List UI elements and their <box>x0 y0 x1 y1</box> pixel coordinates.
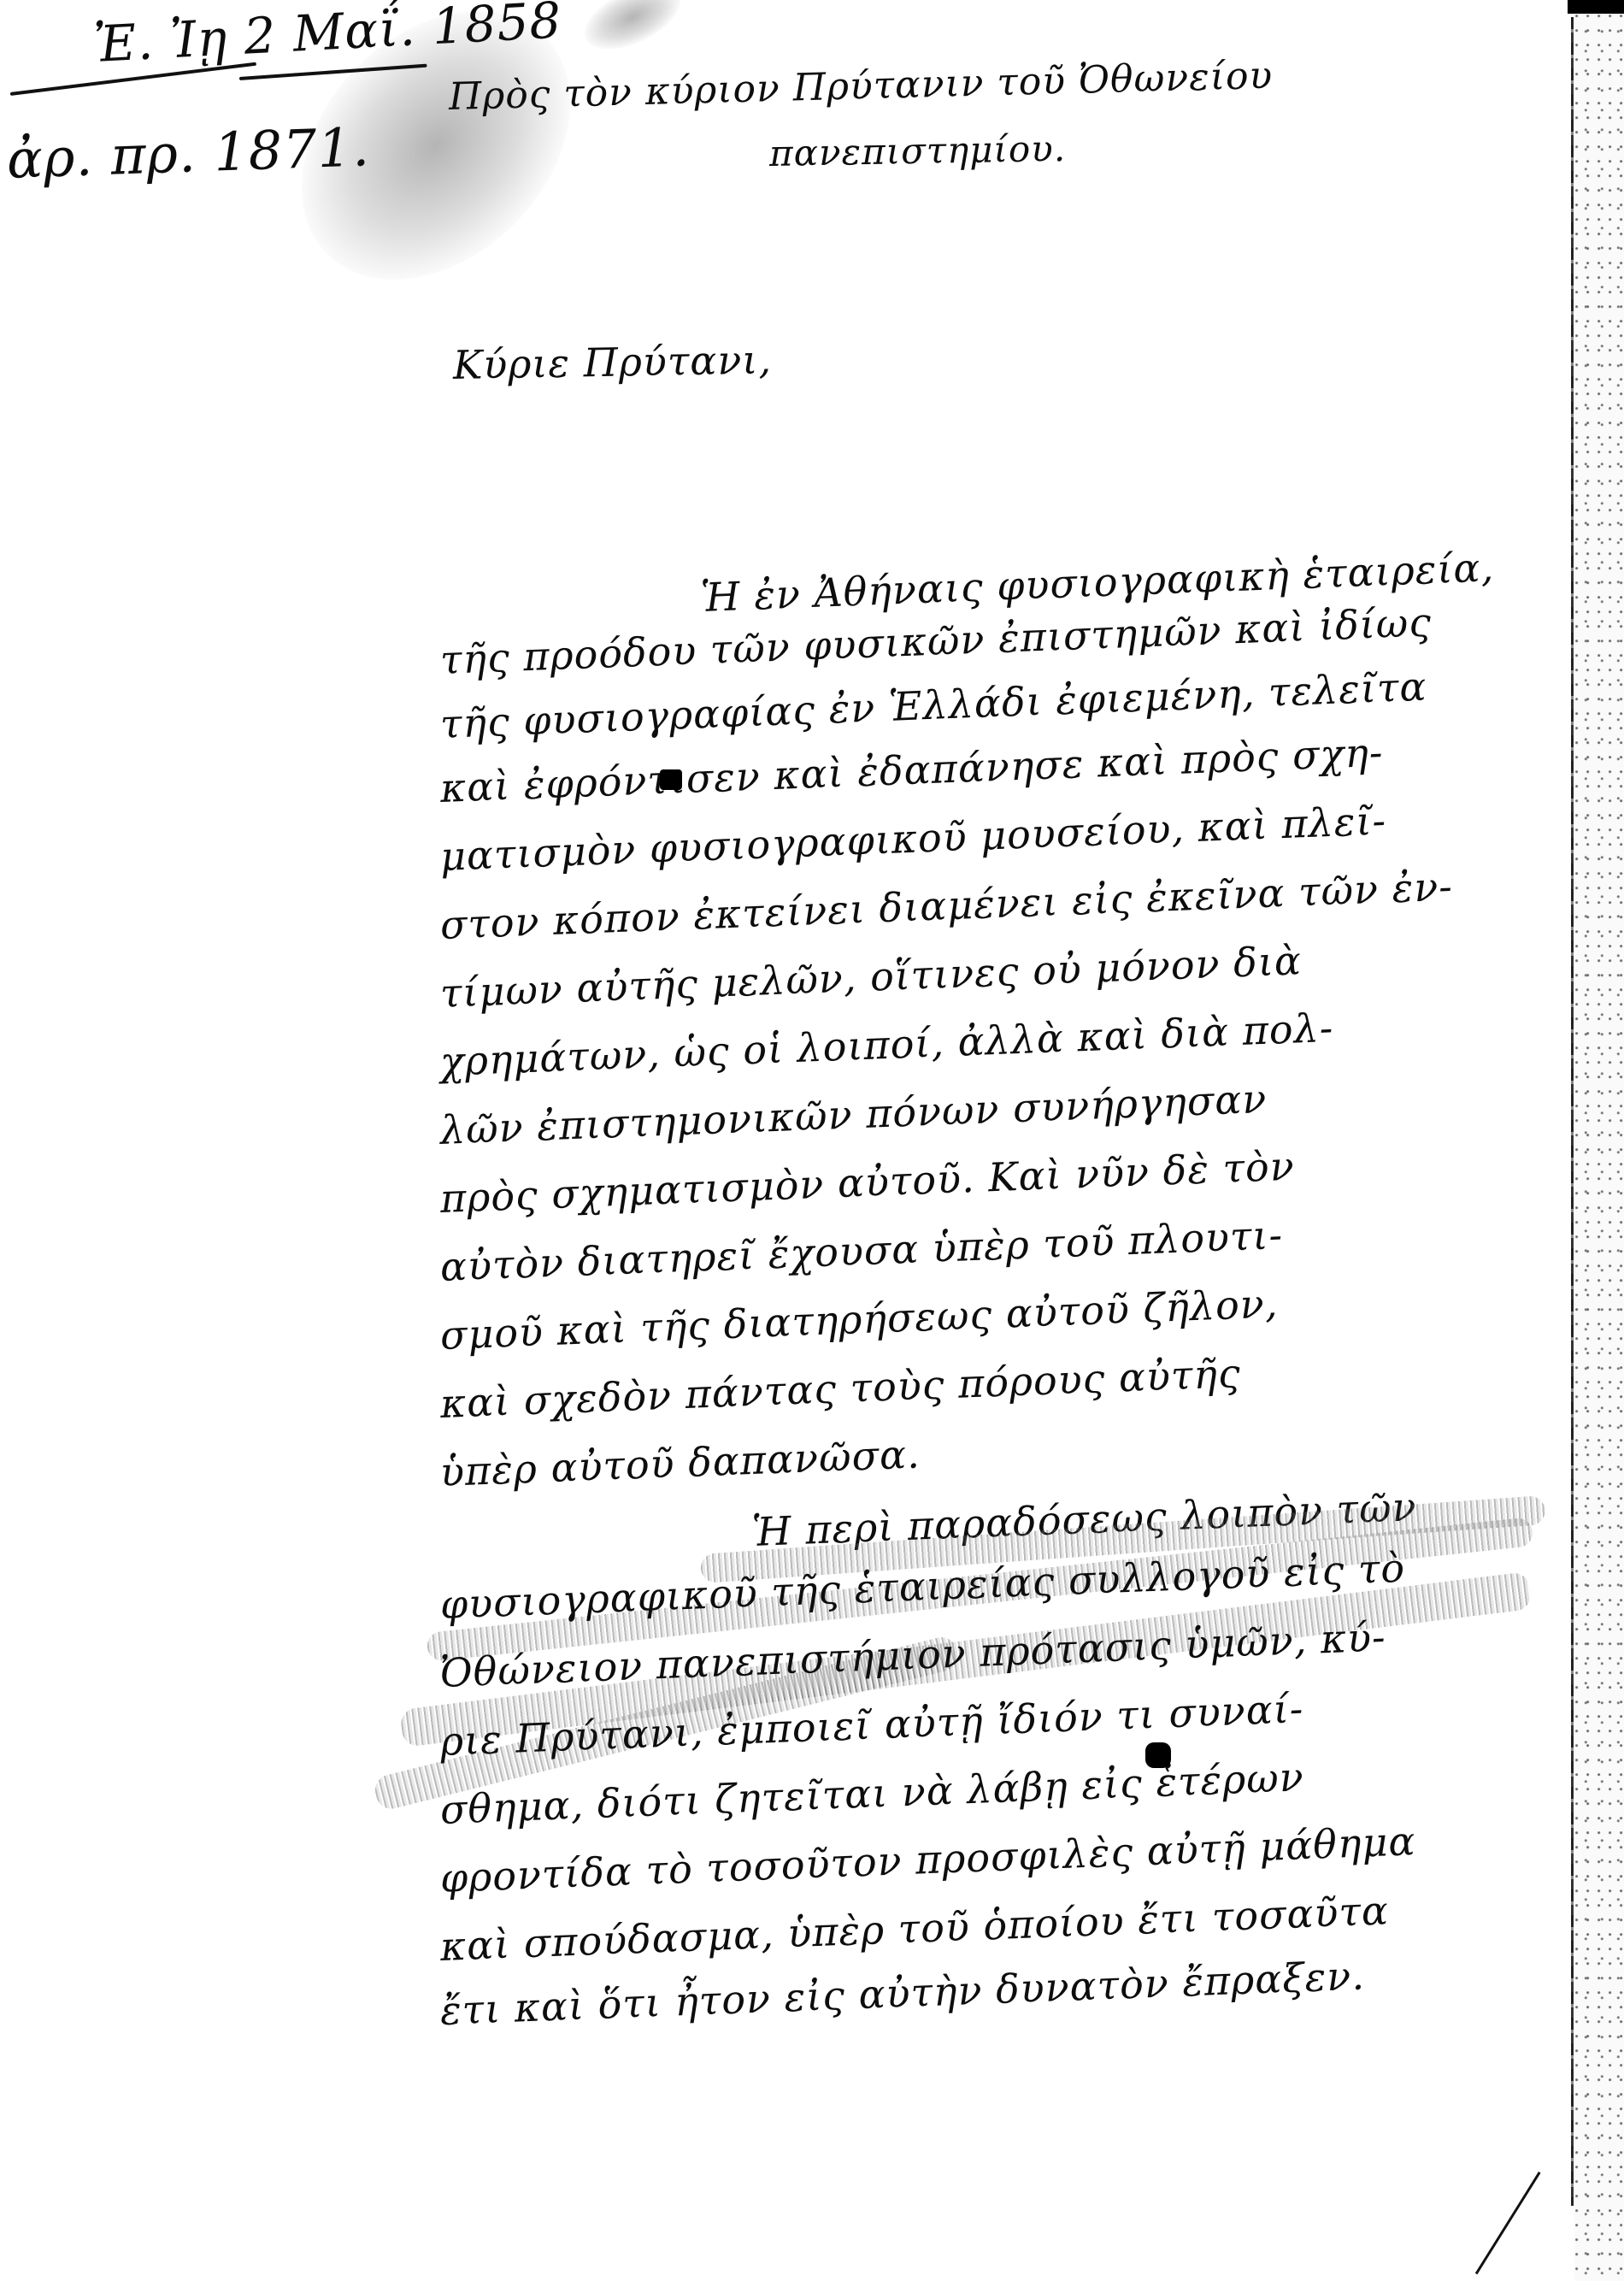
page-edge-dark-strip <box>1568 0 1624 14</box>
body-line-5: ματισμὸν φυσιογραφικοῦ μουσείου, καὶ πλε… <box>439 797 1387 879</box>
page-edge-speckle <box>1574 0 1624 2281</box>
address-line-2: πανεπιστημίου. <box>769 127 1067 174</box>
address-line-1: Πρὸς τὸν κύριον Πρύτανιν τοῦ Ὀθωνείου <box>448 54 1274 119</box>
body-line-19: σθημα, διότι ζητεῖται νὰ λάβῃ εἰς ἑτέρων <box>439 1753 1305 1833</box>
ink-blot-2 <box>1145 1742 1171 1768</box>
document-page: Ἐ. Ἰῃ 2 Μαΐ. 1858 ἀρ. πρ. 1871. Πρὸς τὸν… <box>0 0 1624 2281</box>
ink-blot <box>660 769 682 790</box>
body-line-8: χρημάτων, ὡς οἱ λοιποί, ἀλλὰ καὶ διὰ πολ… <box>439 1005 1334 1085</box>
page-edge-line <box>1571 17 1574 2206</box>
body-line-10: πρὸς σχηματισμὸν αὐτοῦ. Καὶ νῦν δὲ τὸν <box>439 1143 1296 1222</box>
smudge-top-stroke <box>575 0 690 62</box>
salutation: Κύριε Πρύτανι, <box>453 336 773 388</box>
body-line-9: λῶν ἐπιστημονικῶν πόνων συνήργησαν <box>439 1076 1268 1153</box>
body-line-14: ὑπὲρ αὐτοῦ δαπανῶσα. <box>439 1430 921 1495</box>
body-line-12: σμοῦ καὶ τῆς διατηρήσεως αὐτοῦ ζῆλον, <box>439 1280 1279 1359</box>
body-line-13: καὶ σχεδὸν πάντας τοὺς πόρους αὐτῆς <box>439 1350 1242 1427</box>
body-line-7: τίμων αὐτῆς μελῶν, οἵτινες οὐ μόνον διὰ <box>439 937 1303 1017</box>
reference-number-note: ἀρ. πρ. 1871. <box>6 115 371 191</box>
body-line-6: στον κόπον ἐκτείνει διαμένει εἰς ἐκεῖνα … <box>439 863 1454 948</box>
body-line-20: φροντίδα τὸ τοσοῦτον προσφιλὲς αὐτῇ μάθη… <box>439 1818 1416 1901</box>
page-corner-fold <box>1475 2172 1541 2274</box>
body-line-11: αὐτὸν διατηρεῖ ἔχουσα ὑπὲρ τοῦ πλουτι- <box>439 1211 1284 1290</box>
